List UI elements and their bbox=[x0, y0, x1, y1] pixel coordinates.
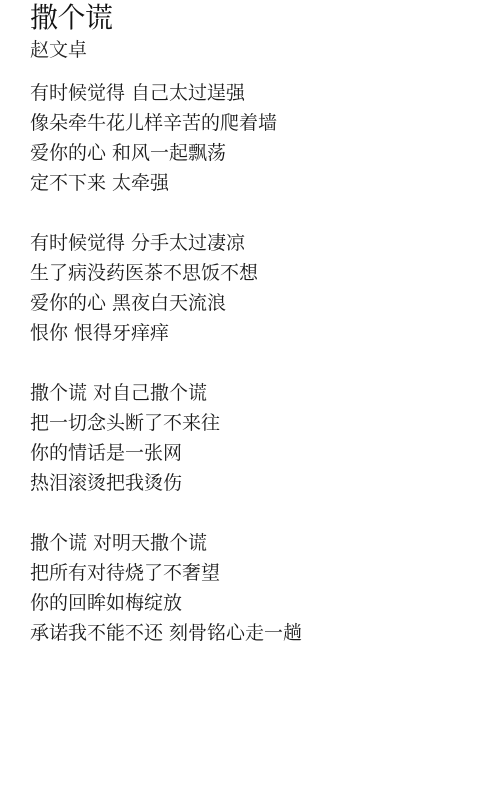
lyric-line: 把一切念头断了不来往 bbox=[30, 408, 500, 438]
lyrics-page: 撒个谎 赵文卓 有时候觉得 自己太过逞强 像朵牵牛花儿样辛苦的爬着墙 爱你的心 … bbox=[30, 0, 500, 678]
lyric-line: 定不下来 太牵强 bbox=[30, 168, 500, 198]
lyric-line: 有时候觉得 自己太过逞强 bbox=[30, 78, 500, 108]
lyric-line: 撒个谎 对自己撒个谎 bbox=[30, 378, 500, 408]
lyric-line: 你的情话是一张网 bbox=[30, 438, 500, 468]
stanza: 撒个谎 对自己撒个谎 把一切念头断了不来往 你的情话是一张网 热泪滚烫把我烫伤 bbox=[30, 378, 500, 498]
lyric-line: 恨你 恨得牙痒痒 bbox=[30, 318, 500, 348]
lyric-line: 爱你的心 黑夜白天流浪 bbox=[30, 288, 500, 318]
lyric-line: 热泪滚烫把我烫伤 bbox=[30, 468, 500, 498]
lyric-line: 承诺我不能不还 刻骨铭心走一趟 bbox=[30, 618, 500, 648]
lyric-line: 爱你的心 和风一起飘荡 bbox=[30, 138, 500, 168]
lyric-line: 像朵牵牛花儿样辛苦的爬着墙 bbox=[30, 108, 500, 138]
lyric-line: 你的回眸如梅绽放 bbox=[30, 588, 500, 618]
stanza: 有时候觉得 分手太过凄凉 生了病没药医茶不思饭不想 爱你的心 黑夜白天流浪 恨你… bbox=[30, 228, 500, 348]
lyric-line: 有时候觉得 分手太过凄凉 bbox=[30, 228, 500, 258]
lyrics-body: 有时候觉得 自己太过逞强 像朵牵牛花儿样辛苦的爬着墙 爱你的心 和风一起飘荡 定… bbox=[30, 78, 500, 648]
song-artist: 赵文卓 bbox=[30, 36, 500, 64]
stanza: 撒个谎 对明天撒个谎 把所有对待烧了不奢望 你的回眸如梅绽放 承诺我不能不还 刻… bbox=[30, 528, 500, 648]
stanza: 有时候觉得 自己太过逞强 像朵牵牛花儿样辛苦的爬着墙 爱你的心 和风一起飘荡 定… bbox=[30, 78, 500, 198]
song-title: 撒个谎 bbox=[30, 0, 500, 36]
lyric-line: 生了病没药医茶不思饭不想 bbox=[30, 258, 500, 288]
lyric-line: 撒个谎 对明天撒个谎 bbox=[30, 528, 500, 558]
lyric-line: 把所有对待烧了不奢望 bbox=[30, 558, 500, 588]
